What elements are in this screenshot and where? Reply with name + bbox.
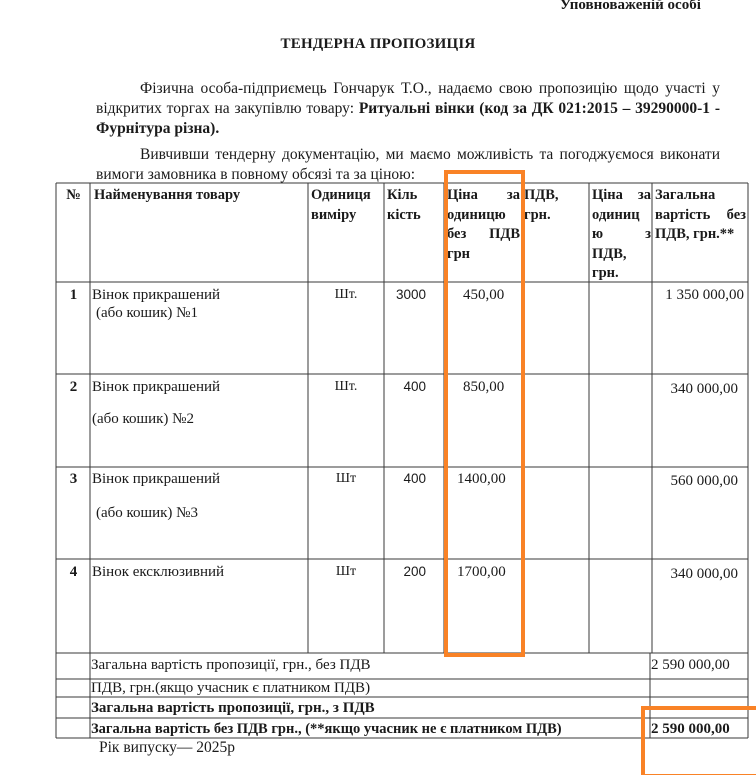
document-title: ТЕНДЕРНА ПРОПОЗИЦІЯ — [0, 36, 756, 53]
header-word: ПДВ, — [524, 186, 588, 206]
header-item-name: Найменування товару — [94, 186, 306, 206]
header-word: одиниц — [592, 206, 651, 226]
row-item-name: Вінок прикрашений (або кошик) №3 — [92, 470, 306, 522]
summary-total-with-vat-label: Загальна вартість пропозиції, грн., з ПД… — [91, 699, 375, 717]
header-quantity-line: кість — [387, 206, 443, 226]
header-quantity: Кіль кість — [387, 186, 443, 225]
item-name-line: Вінок ексклюзивний — [92, 563, 306, 581]
release-year: Рік випуску— 2025р — [99, 739, 235, 757]
intro-paragraph: Фізична особа-підприємець Гончарук Т.О.,… — [96, 79, 720, 139]
row-price: 850,00 — [463, 378, 521, 396]
header-vat: ПДВ, грн. — [524, 186, 588, 225]
summary-final-total-label: Загальна вартість без ПДВ грн., (**якщо … — [91, 720, 562, 738]
header-word: Ціна — [447, 186, 478, 206]
header-word: за — [507, 186, 520, 206]
row-number: 4 — [57, 563, 90, 581]
header-word: ПДВ, грн.** — [655, 225, 746, 245]
row-quantity: 3000 — [384, 286, 426, 304]
header-word: грн. — [592, 264, 651, 284]
header-word: вартість — [655, 206, 710, 226]
row-unit: Шт. — [308, 378, 384, 396]
row-unit: Шт. — [308, 286, 384, 304]
final-total-highlight — [641, 706, 756, 775]
agreement-paragraph: Вивчивши тендерну документацію, ми маємо… — [96, 145, 720, 185]
item-name-line: Вінок прикрашений — [92, 378, 306, 396]
summary-total-no-vat-value: 2 590 000,00 — [651, 656, 730, 674]
row-total: 340 000,00 — [652, 380, 738, 398]
header-word: Ціна — [592, 186, 623, 206]
row-quantity: 400 — [384, 470, 426, 488]
header-word: ПДВ, — [592, 245, 651, 265]
item-name-line: Вінок прикрашений — [92, 470, 306, 488]
addressee-label: Уповноваженій особі — [560, 0, 701, 14]
row-price: 1700,00 — [457, 563, 519, 581]
row-number: 1 — [57, 286, 90, 304]
row-quantity: 200 — [384, 563, 426, 581]
item-name-line: (або кошик) №3 — [92, 504, 306, 522]
header-word: без — [727, 206, 746, 226]
row-unit: Шт — [308, 470, 384, 488]
row-price: 450,00 — [463, 286, 521, 304]
row-unit: Шт — [308, 563, 384, 581]
header-price-with-vat: Ціназа одиниц юз ПДВ, грн. — [592, 186, 651, 284]
header-quantity-line: Кіль — [387, 186, 443, 206]
row-item-name: Вінок ексклюзивний — [92, 563, 306, 581]
row-number: 2 — [57, 378, 90, 396]
header-word: ю — [592, 225, 603, 245]
header-price-no-vat: Ціназа одиницю безПДВ грн — [447, 186, 520, 264]
row-total: 1 350 000,00 — [652, 286, 744, 304]
row-quantity: 400 — [384, 378, 426, 396]
item-name-line: (або кошик) №2 — [92, 410, 306, 428]
header-word: ПДВ — [489, 225, 520, 245]
header-unit-line: виміру — [311, 206, 383, 226]
header-word: одиницю — [447, 206, 520, 226]
header-unit-line: Одиниця — [311, 186, 383, 206]
item-name-line: Вінок прикрашений — [92, 286, 306, 304]
header-word: грн. — [524, 206, 588, 226]
row-number: 3 — [57, 470, 90, 488]
summary-total-no-vat-label: Загальна вартість пропозиції, грн., без … — [91, 656, 371, 674]
header-word: з — [645, 225, 651, 245]
row-total: 560 000,00 — [652, 472, 738, 490]
header-word: за — [638, 186, 651, 206]
summary-vat-label: ПДВ, грн.(якщо учасник є платником ПДВ) — [91, 679, 370, 697]
row-price: 1400,00 — [457, 470, 519, 488]
row-item-name: Вінок прикрашений (або кошик) №2 — [92, 378, 306, 428]
header-word: грн — [447, 245, 520, 265]
header-word: Загальна — [655, 186, 746, 206]
item-name-line: (або кошик) №1 — [92, 304, 306, 322]
row-item-name: Вінок прикрашений (або кошик) №1 — [92, 286, 306, 322]
header-word: без — [447, 225, 466, 245]
row-total: 340 000,00 — [652, 565, 738, 583]
header-total-no-vat: Загальна вартістьбез ПДВ, грн.** — [655, 186, 746, 245]
summary-final-total-value: 2 590 000,00 — [651, 720, 730, 738]
agreement-text: Вивчивши тендерну документацію, ми маємо… — [96, 146, 720, 183]
header-number: № — [57, 186, 90, 206]
header-unit: Одиниця виміру — [311, 186, 383, 225]
